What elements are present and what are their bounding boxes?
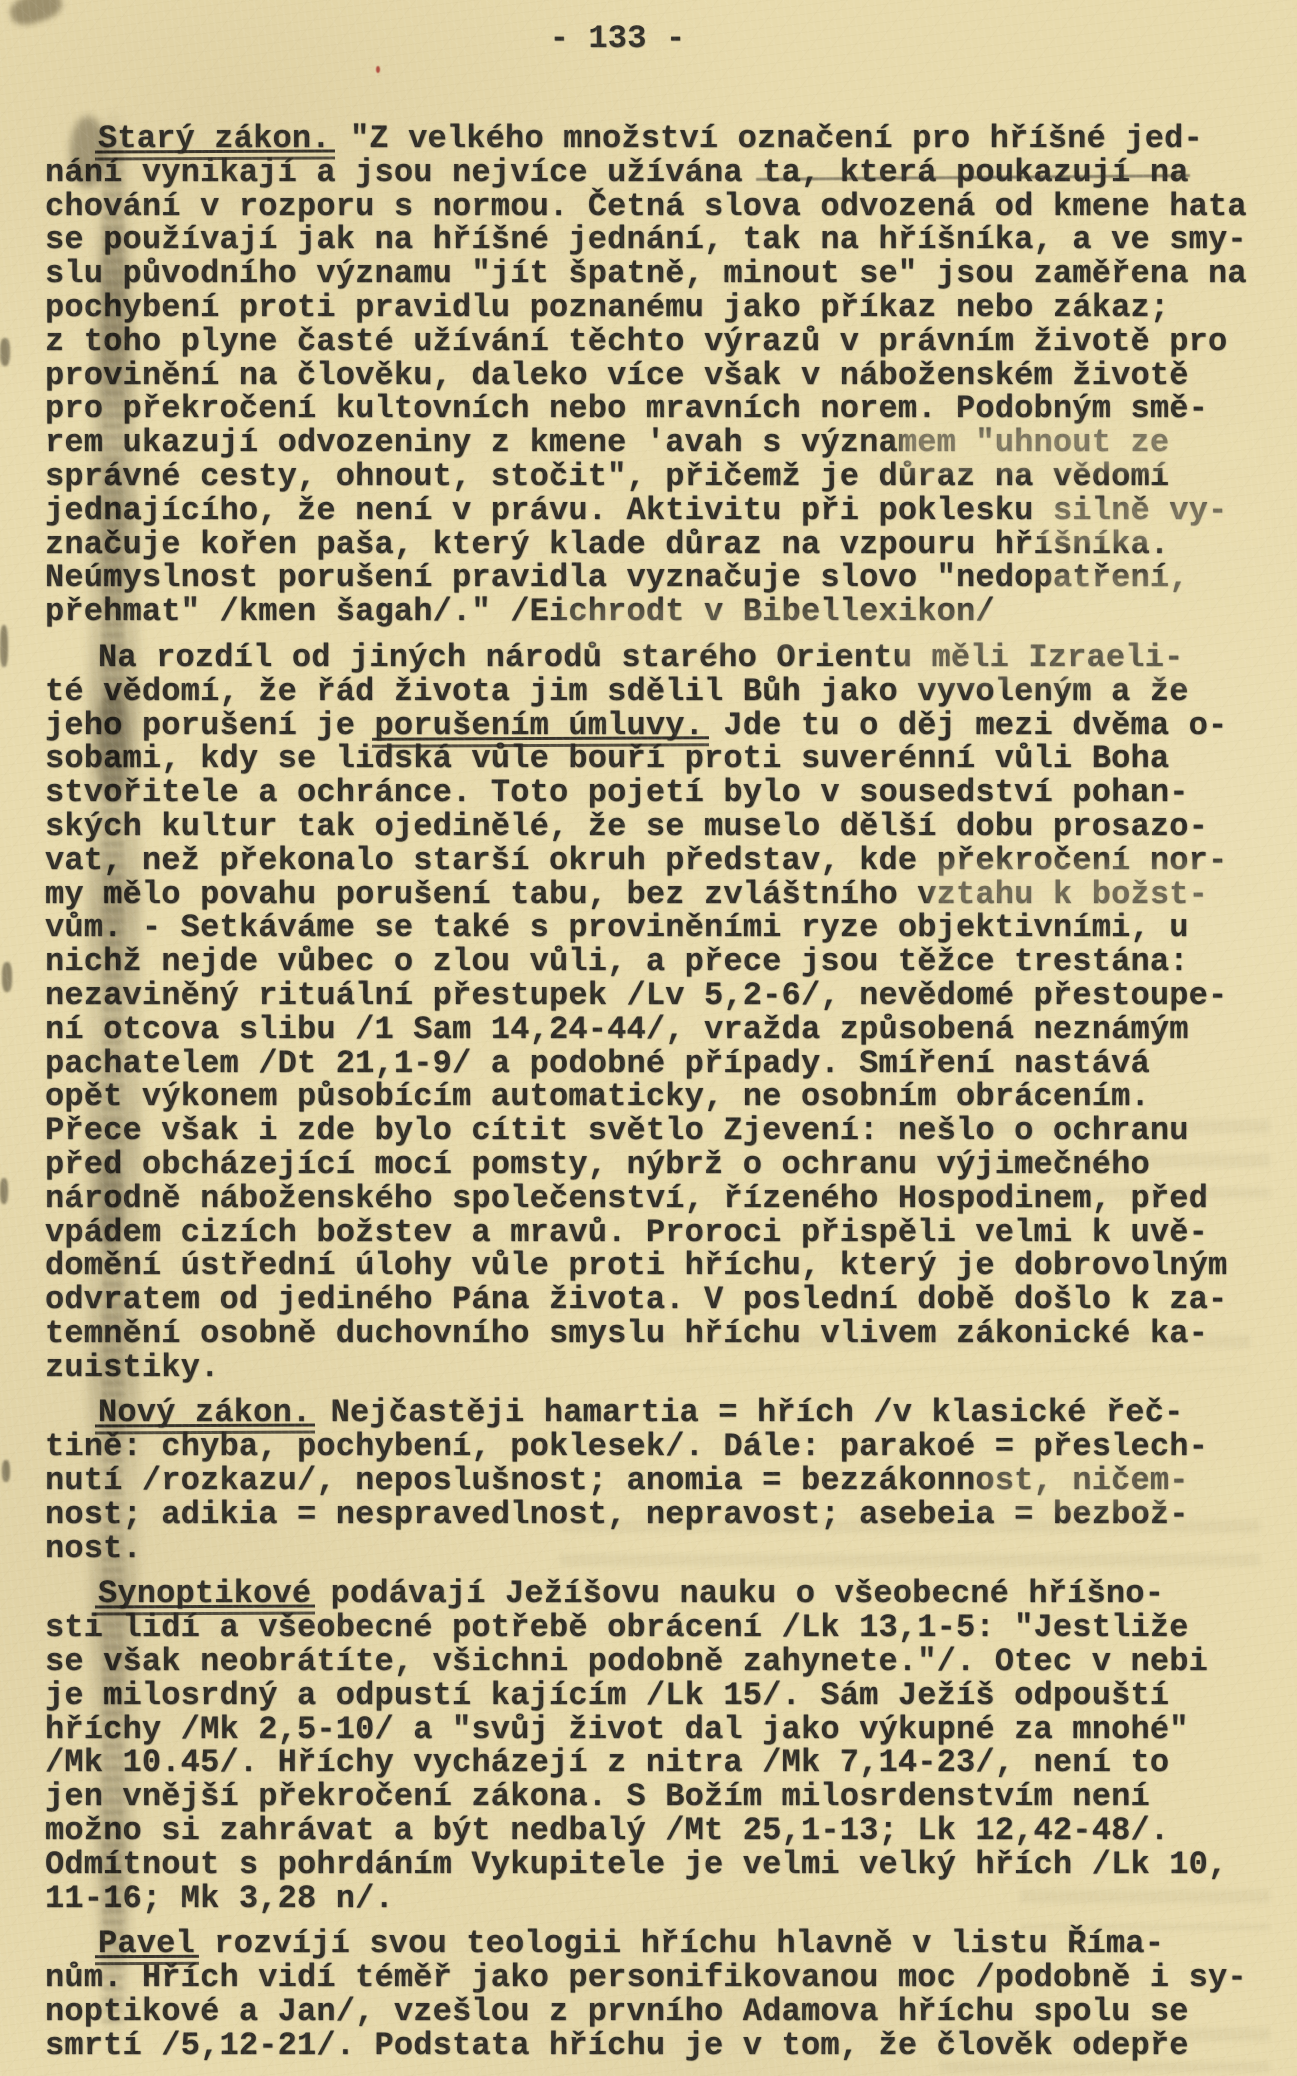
scanned-document: { "document": { "page_number_label": "- …: [0, 0, 1297, 2076]
text-segment: se používají jak na hříšné jednání, tak …: [45, 221, 1247, 258]
text-segment: temnění osobně duchovního smyslu hříchu …: [45, 1315, 1208, 1352]
text-line: pochybení proti pravidlu poznanému jako …: [45, 291, 1270, 325]
text-line: Neúmyslnost porušení pravidla vyznačuje …: [45, 561, 1270, 595]
text-segment: jeho porušení je: [45, 707, 375, 744]
underlined-term: Starý zákon.: [98, 122, 331, 156]
text-line: jeho porušení je porušením úmluvy. Jde t…: [45, 709, 1270, 743]
underlined-term: porušením úmluvy.: [375, 709, 705, 743]
paragraph-synoptikove: Synoptikové podávají Ježíšovu nauku o vš…: [45, 1577, 1270, 1915]
red-speck: [376, 66, 380, 73]
text-segment: přehmat" /kmen šagah/." /Eichrodt v Bibe…: [45, 593, 995, 630]
text-line: přehmat" /kmen šagah/." /Eichrodt v Bibe…: [45, 595, 1270, 629]
text-line: 11-16; Mk 3,28 n/.: [45, 1882, 1270, 1916]
text-line: opět výkonem působícím automaticky, ne o…: [45, 1080, 1270, 1114]
text-segment: opět výkonem působícím automaticky, ne o…: [45, 1078, 1150, 1115]
text-segment: nost; adikia = nespravedlnost, nepravost…: [45, 1496, 1189, 1533]
text-segment: se však neobrátíte, všichni podobně zahy…: [45, 1643, 1208, 1680]
text-segment: "Z velkého množství označení pro hříšné …: [331, 120, 1203, 157]
edge-speck: [0, 1178, 8, 1204]
text-segment: podávají Ježíšovu nauku o všeobecné hříš…: [311, 1575, 1164, 1612]
text-line: nání vynikají a jsou nejvíce užívána ta,…: [45, 156, 1270, 190]
text-line: temnění osobně duchovního smyslu hříchu …: [45, 1317, 1270, 1351]
page-text: Starý zákon. "Z velkého množství označen…: [45, 122, 1270, 2075]
text-segment: my mělo povahu porušení tabu, bez zvlášt…: [45, 876, 1208, 913]
text-line: Odmítnout s pohrdáním Vykupitele je velm…: [45, 1848, 1270, 1882]
text-line: Nový zákon. Nejčastěji hamartia = hřích …: [45, 1396, 1270, 1430]
text-segment: stvořitele a ochránce. Toto pojetí bylo …: [45, 774, 1189, 811]
text-segment: 11-16; Mk 3,28 n/.: [45, 1880, 394, 1917]
paragraph-novy-zakon: Nový zákon. Nejčastěji hamartia = hřích …: [45, 1396, 1270, 1565]
text-line: vům. - Setkáváme se také s proviněními r…: [45, 911, 1270, 945]
text-segment: nichž nejde vůbec o zlou vůli, a přece j…: [45, 943, 1189, 980]
text-segment: Na rozdíl od jiných národů starého Orien…: [98, 639, 1183, 676]
text-segment: správné cesty, ohnout, stočit", přičemž …: [45, 458, 1169, 495]
text-line: Starý zákon. "Z velkého množství označen…: [45, 122, 1270, 156]
text-segment: jen vnější překročení zákona. S Božím mi…: [45, 1778, 1150, 1815]
text-line: /Mk 10.45/. Hříchy vycházejí z nitra /Mk…: [45, 1746, 1270, 1780]
text-segment: ských kultur tak ojedinělé, že se muselo…: [45, 808, 1208, 845]
text-line: nům. Hřích vidí téměř jako personifikova…: [45, 1961, 1270, 1995]
text-line: domění ústřední úlohy vůle proti hříchu,…: [45, 1249, 1270, 1283]
text-segment: nost.: [45, 1530, 142, 1567]
paragraph-stary-zakon: Starý zákon. "Z velkého množství označen…: [45, 122, 1270, 629]
text-segment: té vědomí, že řád života jim sdělil Bůh …: [45, 673, 1189, 710]
underlined-term: Pavel: [98, 1927, 195, 1961]
text-line: tině: chyba, pochybení, poklesek/. Dále:…: [45, 1430, 1270, 1464]
text-line: nost.: [45, 1532, 1270, 1566]
text-line: jen vnější překročení zákona. S Božím mi…: [45, 1780, 1270, 1814]
edge-speck: [0, 338, 10, 366]
text-segment: pachatelem /Dt 21,1-9/ a podobné případy…: [45, 1045, 1150, 1082]
text-line: zuistiky.: [45, 1351, 1270, 1385]
text-segment: pro překročení kultovních nebo mravních …: [45, 390, 1208, 427]
text-line: před obcházející mocí pomsty, nýbrž o oc…: [45, 1148, 1270, 1182]
text-line: sobami, kdy se lidská vůle bouří proti s…: [45, 742, 1270, 776]
text-line: hříchy /Mk 2,5-10/ a "svůj život dal jak…: [45, 1713, 1270, 1747]
text-segment: slu původního významu "jít špatně, minou…: [45, 255, 1247, 292]
text-line: sti lidí a všeobecné potřebě obrácení /L…: [45, 1611, 1270, 1645]
text-segment: jednajícího, že není v právu. Aktivitu p…: [45, 492, 1227, 529]
text-segment: možno si zahrávat a být nedbalý /Mt 25,1…: [45, 1812, 1169, 1849]
text-line: provinění na člověku, daleko více však v…: [45, 359, 1270, 393]
text-segment: provinění na člověku, daleko více však v…: [45, 357, 1189, 394]
text-line: jednajícího, že není v právu. Aktivitu p…: [45, 494, 1270, 528]
text-segment: Odmítnout s pohrdáním Vykupitele je velm…: [45, 1846, 1227, 1883]
text-segment: rozvíjí svou teologii hříchu hlavně v li…: [195, 1925, 1164, 1962]
text-segment: rem ukazují odvozeniny z kmene 'avah s v…: [45, 424, 1169, 461]
text-segment: Neúmyslnost porušení pravidla vyznačuje …: [45, 559, 1189, 596]
text-segment: smrtí /5,12-21/. Podstata hříchu je v to…: [45, 2027, 1189, 2064]
paragraph-na-rozdil: Na rozdíl od jiných národů starého Orien…: [45, 641, 1270, 1385]
edge-speck: [0, 625, 8, 667]
text-segment: chování v rozporu s normou. Četná slova …: [45, 188, 1247, 225]
text-line: se používají jak na hříšné jednání, tak …: [45, 223, 1270, 257]
text-segment: z toho plyne časté užívání těchto výrazů…: [45, 323, 1227, 360]
text-line: ských kultur tak ojedinělé, že se muselo…: [45, 810, 1270, 844]
text-segment: vat, než překonalo starší okruh představ…: [45, 842, 1227, 879]
text-line: chování v rozporu s normou. Četná slova …: [45, 190, 1270, 224]
text-line: odvratem od jediného Pána života. V posl…: [45, 1283, 1270, 1317]
text-segment: vům. - Setkáváme se také s proviněními r…: [45, 909, 1189, 946]
text-segment: Přece však i zde bylo cítit světlo Zjeve…: [45, 1112, 1189, 1149]
text-line: pro překročení kultovních nebo mravních …: [45, 392, 1270, 426]
text-line: správné cesty, ohnout, stočit", přičemž …: [45, 460, 1270, 494]
underlined-term: Nový zákon.: [98, 1396, 311, 1430]
text-line: nost; adikia = nespravedlnost, nepravost…: [45, 1498, 1270, 1532]
text-line: slu původního významu "jít špatně, minou…: [45, 257, 1270, 291]
text-line: je milosrdný a odpustí kajícím /Lk 15/. …: [45, 1679, 1270, 1713]
text-segment: národně náboženského společenství, řízen…: [45, 1180, 1208, 1217]
text-line: rem ukazují odvozeniny z kmene 'avah s v…: [45, 426, 1270, 460]
text-line: pachatelem /Dt 21,1-9/ a podobné případy…: [45, 1047, 1270, 1081]
text-line: ní otcova slibu /1 Sam 14,24-44/, vražda…: [45, 1013, 1270, 1047]
text-segment: nutí /rozkazu/, neposlušnost; anomia = b…: [45, 1462, 1189, 1499]
paragraph-pavel: Pavel rozvíjí svou teologii hříchu hlavn…: [45, 1927, 1270, 2062]
text-line: noptikové a Jan/, vzešlou z prvního Adam…: [45, 1995, 1270, 2029]
text-line: vpádem cizích božstev a mravů. Proroci p…: [45, 1216, 1270, 1250]
page-number: - 133 -: [0, 20, 1266, 57]
text-segment: značuje kořen paša, který klade důraz na…: [45, 526, 1169, 563]
text-line: se však neobrátíte, všichni podobně zahy…: [45, 1645, 1270, 1679]
text-line: nutí /rozkazu/, neposlušnost; anomia = b…: [45, 1464, 1270, 1498]
text-line: té vědomí, že řád života jim sdělil Bůh …: [45, 675, 1270, 709]
text-line: nezaviněný rituální přestupek /Lv 5,2-6/…: [45, 979, 1270, 1013]
text-line: smrtí /5,12-21/. Podstata hříchu je v to…: [45, 2029, 1270, 2063]
text-segment: nům. Hřích vidí téměř jako personifikova…: [45, 1959, 1247, 1996]
text-line: stvořitele a ochránce. Toto pojetí bylo …: [45, 776, 1270, 810]
text-line: Na rozdíl od jiných národů starého Orien…: [45, 641, 1270, 675]
text-line: Přece však i zde bylo cítit světlo Zjeve…: [45, 1114, 1270, 1148]
text-segment: domění ústřední úlohy vůle proti hříchu,…: [45, 1247, 1227, 1284]
text-segment: Jde tu o děj mezi dvěma o-: [704, 707, 1227, 744]
text-segment: noptikové a Jan/, vzešlou z prvního Adam…: [45, 1993, 1189, 2030]
text-segment: před obcházející mocí pomsty, nýbrž o oc…: [45, 1146, 1150, 1183]
text-segment: je milosrdný a odpustí kajícím /Lk 15/. …: [45, 1677, 1169, 1714]
text-segment: vpádem cizích božstev a mravů. Proroci p…: [45, 1214, 1208, 1251]
edge-speck: [2, 1460, 10, 1482]
text-segment: ní otcova slibu /1 Sam 14,24-44/, vražda…: [45, 1011, 1189, 1048]
text-line: značuje kořen paša, který klade důraz na…: [45, 528, 1270, 562]
edge-speck: [2, 962, 12, 992]
text-segment: nezaviněný rituální přestupek /Lv 5,2-6/…: [45, 977, 1227, 1014]
text-line: Synoptikové podávají Ježíšovu nauku o vš…: [45, 1577, 1270, 1611]
struck-text: ta, která poukazují na: [762, 156, 1188, 190]
text-line: vat, než překonalo starší okruh představ…: [45, 844, 1270, 878]
text-segment: pochybení proti pravidlu poznanému jako …: [45, 289, 1169, 326]
text-line: Pavel rozvíjí svou teologii hříchu hlavn…: [45, 1927, 1270, 1961]
text-segment: hříchy /Mk 2,5-10/ a "svůj život dal jak…: [45, 1711, 1189, 1748]
text-line: národně náboženského společenství, řízen…: [45, 1182, 1270, 1216]
underlined-term: Synoptikové: [98, 1577, 311, 1611]
text-segment: /Mk 10.45/. Hříchy vycházejí z nitra /Mk…: [45, 1744, 1169, 1781]
text-line: nichž nejde vůbec o zlou vůli, a přece j…: [45, 945, 1270, 979]
text-line: možno si zahrávat a být nedbalý /Mt 25,1…: [45, 1814, 1270, 1848]
document-page: - 133 - Starý zákon. "Z velkého množství…: [0, 0, 1297, 2076]
text-line: z toho plyne časté užívání těchto výrazů…: [45, 325, 1270, 359]
text-line: my mělo povahu porušení tabu, bez zvlášt…: [45, 878, 1270, 912]
text-segment: odvratem od jediného Pána života. V posl…: [45, 1281, 1227, 1318]
text-segment: zuistiky.: [45, 1349, 219, 1386]
text-segment: Nejčastěji hamartia = hřích /v klasické …: [311, 1394, 1183, 1431]
